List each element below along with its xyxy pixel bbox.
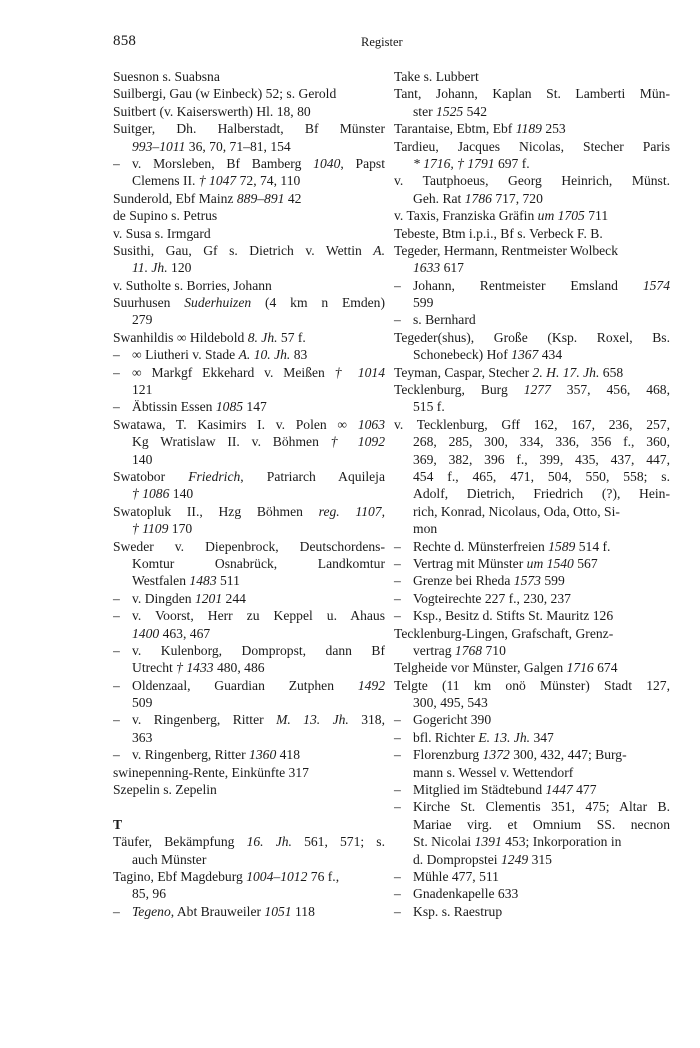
index-subentry-line: –Grenze bei Rheda 1573 599 [394, 572, 670, 589]
index-continuation-line: 1633 617 [394, 259, 670, 276]
index-continuation-line: Geh. Rat 1786 717, 720 [394, 190, 670, 207]
index-entry-line: Suurhusen Suderhuizen (4 km n Emden) [113, 294, 385, 311]
running-head: Register [361, 35, 403, 50]
index-entry-line: v. Taxis, Franziska Gräfin um 1705 711 [394, 207, 670, 224]
index-subentry-line: –Florenzburg 1372 300, 432, 447; Burg- [394, 746, 670, 763]
subentry-dash: – [113, 590, 132, 607]
line-text: Johann, Rentmeister Emsland 1574 [413, 278, 670, 293]
index-entry-line: Swanhildis ∞ Hildebold 8. Jh. 57 f. [113, 329, 385, 346]
line-text: s. Bernhard [413, 312, 476, 327]
line-text: Komtur Osnabrück, Landkomtur [132, 556, 385, 571]
index-subentry-line: –Johann, Rentmeister Emsland 1574 [394, 277, 670, 294]
line-text: 1400 463, 467 [132, 626, 210, 641]
subentry-dash: – [113, 711, 132, 728]
index-subentry-line: –Gogericht 390 [394, 711, 670, 728]
line-text: Tegeder(shus), Große (Ksp. Roxel, Bs. [394, 330, 670, 345]
index-subentry-line: –Mühle 477, 511 [394, 868, 670, 885]
index-subentry-line: –v. Kulenborg, Dompropst, dann Bf [113, 642, 385, 659]
index-subentry-line: –Kirche St. Clementis 351, 475; Altar B. [394, 798, 670, 815]
subentry-dash: – [113, 903, 132, 920]
subentry-dash: – [394, 746, 413, 763]
index-continuation-line: 85, 96 [113, 885, 385, 902]
line-text: 993–1011 36, 70, 71–81, 154 [132, 139, 291, 154]
line-text: Mariae virg. et Omnium SS. necnon [413, 817, 670, 832]
line-text: 121 [132, 382, 152, 397]
index-continuation-line: Westfalen 1483 511 [113, 572, 385, 589]
line-text: Schonebeck) Hof 1367 434 [413, 347, 562, 362]
index-entry-line: Tebeste, Btm i.p.i., Bf s. Verbeck F. B. [394, 225, 670, 242]
index-entry-line: Telgte (11 km onö Münster) Stadt 127, [394, 677, 670, 694]
line-text: Teyman, Caspar, Stecher 2. H. 17. Jh. 65… [394, 365, 623, 380]
line-text: Telgheide vor Münster, Galgen 1716 674 [394, 660, 618, 675]
index-subentry-line: –Tegeno, Abt Brauweiler 1051 118 [113, 903, 385, 920]
index-subentry-line: –Gnadenkapelle 633 [394, 885, 670, 902]
line-text: v. Sutholte s. Borries, Johann [113, 278, 272, 293]
line-text: v. Kulenborg, Dompropst, dann Bf [132, 643, 385, 658]
subentry-dash: – [113, 364, 132, 381]
line-text: v. Tecklenburg, Gff 162, 167, 236, 257, [394, 417, 670, 432]
line-text: Suurhusen Suderhuizen (4 km n Emden) [113, 295, 385, 310]
subentry-dash: – [394, 277, 413, 294]
line-text: v. Tautphoeus, Georg Heinrich, Münst. [394, 173, 670, 188]
index-subentry-line: –v. Ringenberg, Ritter M. 13. Jh. 318, [113, 711, 385, 728]
index-continuation-line: ster 1525 542 [394, 103, 670, 120]
index-entry-line: Suesnon s. Suabsna [113, 68, 385, 85]
line-text: Mitglied im Städtebund 1447 477 [413, 782, 597, 797]
line-text: 454 f., 465, 471, 504, 550, 558; s. [413, 469, 670, 484]
index-entry-line: Teyman, Caspar, Stecher 2. H. 17. Jh. 65… [394, 364, 670, 381]
line-text: v. Morsleben, Bf Bamberg 1040, Papst [132, 156, 385, 171]
line-text: Tegeder, Hermann, Rentmeister Wolbeck [394, 243, 618, 258]
subentry-dash: – [113, 155, 132, 172]
index-subentry-line: –∞ Liutheri v. Stade A. 10. Jh. 83 [113, 346, 385, 363]
line-text: Gnadenkapelle 633 [413, 886, 518, 901]
line-text: v. Voorst, Herr zu Keppel u. Ahaus [132, 608, 385, 623]
index-entry-line: Tegeder, Hermann, Rentmeister Wolbeck [394, 242, 670, 259]
index-continuation-line: Kg Wratislaw II. v. Böhmen † 1092 [113, 433, 385, 450]
line-text: Szepelin s. Zepelin [113, 782, 217, 797]
index-subentry-line: –Mitglied im Städtebund 1447 477 [394, 781, 670, 798]
index-entry-line: v. Tecklenburg, Gff 162, 167, 236, 257, [394, 416, 670, 433]
index-continuation-line: 993–1011 36, 70, 71–81, 154 [113, 138, 385, 155]
index-continuation-line: mon [394, 520, 670, 537]
subentry-dash: – [113, 642, 132, 659]
index-entry-line: v. Sutholte s. Borries, Johann [113, 277, 385, 294]
line-text: St. Nicolai 1391 453; Inkorporation in [413, 834, 621, 849]
line-text: Tecklenburg, Burg 1277 357, 456, 468, [394, 382, 670, 397]
line-text: * 1716, † 1791 697 f. [413, 156, 530, 171]
index-entry-line: Suitger, Dh. Halberstadt, Bf Münster [113, 120, 385, 137]
line-text: Tagino, Ebf Magdeburg 1004–1012 76 f., [113, 869, 339, 884]
line-text: mann s. Wessel v. Wettendorf [413, 765, 573, 780]
index-entry-line: Swatobor Friedrich, Patriarch Aquileja [113, 468, 385, 485]
line-text: Westfalen 1483 511 [132, 573, 240, 588]
line-text: Swatobor Friedrich, Patriarch Aquileja [113, 469, 385, 484]
line-text: Tebeste, Btm i.p.i., Bf s. Verbeck F. B. [394, 226, 603, 241]
index-entry-line: Telgheide vor Münster, Galgen 1716 674 [394, 659, 670, 676]
index-continuation-line: 121 [113, 381, 385, 398]
subentry-dash: – [113, 607, 132, 624]
index-continuation-line: 515 f. [394, 398, 670, 415]
index-continuation-line: 300, 495, 543 [394, 694, 670, 711]
line-text: Sweder v. Diepenbrock, Deutschordens- [113, 539, 385, 554]
line-text: Grenze bei Rheda 1573 599 [413, 573, 565, 588]
index-subentry-line: –v. Dingden 1201 244 [113, 590, 385, 607]
index-continuation-line: Schonebeck) Hof 1367 434 [394, 346, 670, 363]
index-entry-line: Täufer, Bekämpfung 16. Jh. 561, 571; s. [113, 833, 385, 850]
line-text: Sunderold, Ebf Mainz 889–891 42 [113, 191, 301, 206]
subentry-dash: – [113, 346, 132, 363]
line-text: Kirche St. Clementis 351, 475; Altar B. [413, 799, 670, 814]
index-entry-line: Suilbergi, Gau (w Einbeck) 52; s. Gerold [113, 85, 385, 102]
index-continuation-line: mann s. Wessel v. Wettendorf [394, 764, 670, 781]
line-text: Vogteirechte 227 f., 230, 237 [413, 591, 571, 606]
line-text: swinepenning-Rente, Einkünfte 317 [113, 765, 309, 780]
line-text: 85, 96 [132, 886, 166, 901]
line-text: Gogericht 390 [413, 712, 491, 727]
entry-list-left: Suesnon s. SuabsnaSuilbergi, Gau (w Einb… [113, 68, 385, 798]
line-text: Geh. Rat 1786 717, 720 [413, 191, 543, 206]
section-heading-letter: T [113, 816, 385, 833]
subentry-dash: – [394, 729, 413, 746]
index-column-left: Suesnon s. SuabsnaSuilbergi, Gau (w Einb… [113, 68, 385, 920]
line-text: Tardieu, Jacques Nicolas, Stecher Paris [394, 139, 670, 154]
subentry-dash: – [394, 868, 413, 885]
line-text: 268, 285, 300, 334, 336, 356 f., 360, [413, 434, 670, 449]
subentry-dash: – [394, 572, 413, 589]
index-continuation-line: Mariae virg. et Omnium SS. necnon [394, 816, 670, 833]
line-text: 140 [132, 452, 152, 467]
subentry-dash: – [394, 555, 413, 572]
index-entry-line: Swatawa, T. Kasimirs I. v. Polen ∞ 1063 [113, 416, 385, 433]
subentry-dash: – [394, 798, 413, 815]
line-text: ster 1525 542 [413, 104, 487, 119]
index-subentry-line: –s. Bernhard [394, 311, 670, 328]
line-text: Tegeno, Abt Brauweiler 1051 118 [132, 904, 315, 919]
line-text: Äbtissin Essen 1085 147 [132, 399, 267, 414]
line-text: Ksp., Besitz d. Stifts St. Mauritz 126 [413, 608, 613, 623]
index-column-right: Take s. LubbertTant, Johann, Kaplan St. … [394, 68, 670, 920]
index-entry-line: Sunderold, Ebf Mainz 889–891 42 [113, 190, 385, 207]
index-continuation-line: 509 [113, 694, 385, 711]
index-entry-line: Susithi, Gau, Gf s. Dietrich v. Wettin A… [113, 242, 385, 259]
line-text: rich, Konrad, Nicolaus, Oda, Otto, Si- [413, 504, 620, 519]
page-number: 858 [113, 33, 136, 50]
line-text: Telgte (11 km onö Münster) Stadt 127, [394, 678, 670, 693]
line-text: Clemens II. † 1047 72, 74, 110 [132, 173, 300, 188]
index-entry-line: Szepelin s. Zepelin [113, 781, 385, 798]
index-subentry-line: –v. Voorst, Herr zu Keppel u. Ahaus [113, 607, 385, 624]
line-text: 279 [132, 312, 152, 327]
entry-list-right: Take s. LubbertTant, Johann, Kaplan St. … [394, 68, 670, 920]
line-text: Utrecht † 1433 480, 486 [132, 660, 265, 675]
line-text: Tecklenburg-Lingen, Grafschaft, Grenz- [394, 626, 613, 641]
line-text: 1633 617 [413, 260, 464, 275]
index-continuation-line: 363 [113, 729, 385, 746]
line-text: vertrag 1768 710 [413, 643, 506, 658]
subentry-dash: – [113, 746, 132, 763]
line-text: 11. Jh. 120 [132, 260, 191, 275]
index-continuation-line: * 1716, † 1791 697 f. [394, 155, 670, 172]
line-text: Tant, Johann, Kaplan St. Lamberti Mün- [394, 86, 670, 101]
line-text: Susithi, Gau, Gf s. Dietrich v. Wettin A… [113, 243, 385, 258]
line-text: † 1109 170 [132, 521, 192, 536]
index-subentry-line: –Rechte d. Münsterfreien 1589 514 f. [394, 538, 670, 555]
line-text: Adolf, Dietrich, Friedrich (?), Hein- [413, 486, 670, 501]
index-continuation-line: 1400 463, 467 [113, 625, 385, 642]
index-entry-line: Tarantaise, Ebtm, Ebf 1189 253 [394, 120, 670, 137]
index-continuation-line: Clemens II. † 1047 72, 74, 110 [113, 172, 385, 189]
line-text: Mühle 477, 511 [413, 869, 499, 884]
index-subentry-line: –Äbtissin Essen 1085 147 [113, 398, 385, 415]
index-entry-line: Tardieu, Jacques Nicolas, Stecher Paris [394, 138, 670, 155]
index-entry-line: Tecklenburg, Burg 1277 357, 456, 468, [394, 381, 670, 398]
index-entry-line: Sweder v. Diepenbrock, Deutschordens- [113, 538, 385, 555]
line-text: Vertrag mit Münster um 1540 567 [413, 556, 598, 571]
entry-list-left-section-t: Täufer, Bekämpfung 16. Jh. 561, 571; s.a… [113, 833, 385, 920]
index-continuation-line: 454 f., 465, 471, 504, 550, 558; s. [394, 468, 670, 485]
line-text: Swatopluk II., Hzg Böhmen reg. 1107, [113, 504, 385, 519]
index-entry-line: v. Susa s. Irmgard [113, 225, 385, 242]
line-text: 599 [413, 295, 433, 310]
index-entry-line: swinepenning-Rente, Einkünfte 317 [113, 764, 385, 781]
index-entry-line: Swatopluk II., Hzg Böhmen reg. 1107, [113, 503, 385, 520]
line-text: v. Taxis, Franziska Gräfin um 1705 711 [394, 208, 608, 223]
line-text: Take s. Lubbert [394, 69, 479, 84]
line-text: d. Dompropstei 1249 315 [413, 852, 552, 867]
line-text: 363 [132, 730, 152, 745]
subentry-dash: – [394, 590, 413, 607]
line-text: v. Ringenberg, Ritter 1360 418 [132, 747, 300, 762]
index-entry-line: Tecklenburg-Lingen, Grafschaft, Grenz- [394, 625, 670, 642]
index-entry-line: v. Tautphoeus, Georg Heinrich, Münst. [394, 172, 670, 189]
line-text: 369, 382, 396 f., 399, 435, 437, 447, [413, 452, 670, 467]
subentry-dash: – [113, 398, 132, 415]
index-continuation-line: 279 [113, 311, 385, 328]
line-text: Florenzburg 1372 300, 432, 447; Burg- [413, 747, 627, 762]
index-continuation-line: Adolf, Dietrich, Friedrich (?), Hein- [394, 485, 670, 502]
line-text: de Supino s. Petrus [113, 208, 217, 223]
index-continuation-line: 140 [113, 451, 385, 468]
index-subentry-line: –Ksp., Besitz d. Stifts St. Mauritz 126 [394, 607, 670, 624]
index-subentry-line: –v. Ringenberg, Ritter 1360 418 [113, 746, 385, 763]
index-continuation-line: 369, 382, 396 f., 399, 435, 437, 447, [394, 451, 670, 468]
line-text: auch Münster [132, 852, 206, 867]
subentry-dash: – [394, 538, 413, 555]
subentry-dash: – [394, 903, 413, 920]
line-text: Swanhildis ∞ Hildebold 8. Jh. 57 f. [113, 330, 306, 345]
index-continuation-line: † 1109 170 [113, 520, 385, 537]
line-text: Kg Wratislaw II. v. Böhmen † 1092 [132, 434, 385, 449]
line-text: Ksp. s. Raestrup [413, 904, 502, 919]
line-text: 300, 495, 543 [413, 695, 488, 710]
index-entry-line: Suitbert (v. Kaiserswerth) Hl. 18, 80 [113, 103, 385, 120]
line-text: Suesnon s. Suabsna [113, 69, 220, 84]
index-subentry-line: –Vertrag mit Münster um 1540 567 [394, 555, 670, 572]
line-text: ∞ Liutheri v. Stade A. 10. Jh. 83 [132, 347, 307, 362]
index-entry-line: Tegeder(shus), Große (Ksp. Roxel, Bs. [394, 329, 670, 346]
index-continuation-line: rich, Konrad, Nicolaus, Oda, Otto, Si- [394, 503, 670, 520]
index-continuation-line: 599 [394, 294, 670, 311]
line-text: Täufer, Bekämpfung 16. Jh. 561, 571; s. [113, 834, 385, 849]
subentry-dash: – [394, 781, 413, 798]
index-continuation-line: † 1086 140 [113, 485, 385, 502]
index-entry-line: Tant, Johann, Kaplan St. Lamberti Mün- [394, 85, 670, 102]
subentry-dash: – [394, 711, 413, 728]
index-continuation-line: Komtur Osnabrück, Landkomtur [113, 555, 385, 572]
index-continuation-line: 11. Jh. 120 [113, 259, 385, 276]
index-entry-line: Take s. Lubbert [394, 68, 670, 85]
line-text: Suilbergi, Gau (w Einbeck) 52; s. Gerold [113, 86, 336, 101]
line-text: Suitger, Dh. Halberstadt, Bf Münster [113, 121, 385, 136]
index-subentry-line: –∞ Markgf Ekkehard v. Meißen † 1014 [113, 364, 385, 381]
index-continuation-line: auch Münster [113, 851, 385, 868]
index-continuation-line: d. Dompropstei 1249 315 [394, 851, 670, 868]
line-text: † 1086 140 [132, 486, 193, 501]
index-continuation-line: vertrag 1768 710 [394, 642, 670, 659]
subentry-dash: – [394, 311, 413, 328]
line-text: 515 f. [413, 399, 445, 414]
line-text: mon [413, 521, 437, 536]
line-text: Oldenzaal, Guardian Zutphen 1492 [132, 678, 385, 693]
index-continuation-line: St. Nicolai 1391 453; Inkorporation in [394, 833, 670, 850]
line-text: bfl. Richter E. 13. Jh. 347 [413, 730, 554, 745]
index-subentry-line: –v. Morsleben, Bf Bamberg 1040, Papst [113, 155, 385, 172]
line-text: v. Dingden 1201 244 [132, 591, 246, 606]
subentry-dash: – [394, 607, 413, 624]
index-subentry-line: –Oldenzaal, Guardian Zutphen 1492 [113, 677, 385, 694]
line-text: v. Ringenberg, Ritter M. 13. Jh. 318, [132, 712, 385, 727]
line-text: Swatawa, T. Kasimirs I. v. Polen ∞ 1063 [113, 417, 385, 432]
index-entry-line: Tagino, Ebf Magdeburg 1004–1012 76 f., [113, 868, 385, 885]
index-entry-line: de Supino s. Petrus [113, 207, 385, 224]
index-continuation-line: Utrecht † 1433 480, 486 [113, 659, 385, 676]
line-text: Suitbert (v. Kaiserswerth) Hl. 18, 80 [113, 104, 311, 119]
subentry-dash: – [394, 885, 413, 902]
line-text: ∞ Markgf Ekkehard v. Meißen † 1014 [132, 365, 385, 380]
line-text: Tarantaise, Ebtm, Ebf 1189 253 [394, 121, 566, 136]
subentry-dash: – [113, 677, 132, 694]
index-subentry-line: –Vogteirechte 227 f., 230, 237 [394, 590, 670, 607]
index-subentry-line: –Ksp. s. Raestrup [394, 903, 670, 920]
index-continuation-line: 268, 285, 300, 334, 336, 356 f., 360, [394, 433, 670, 450]
line-text: Rechte d. Münsterfreien 1589 514 f. [413, 539, 610, 554]
index-subentry-line: –bfl. Richter E. 13. Jh. 347 [394, 729, 670, 746]
line-text: 509 [132, 695, 152, 710]
line-text: v. Susa s. Irmgard [113, 226, 211, 241]
